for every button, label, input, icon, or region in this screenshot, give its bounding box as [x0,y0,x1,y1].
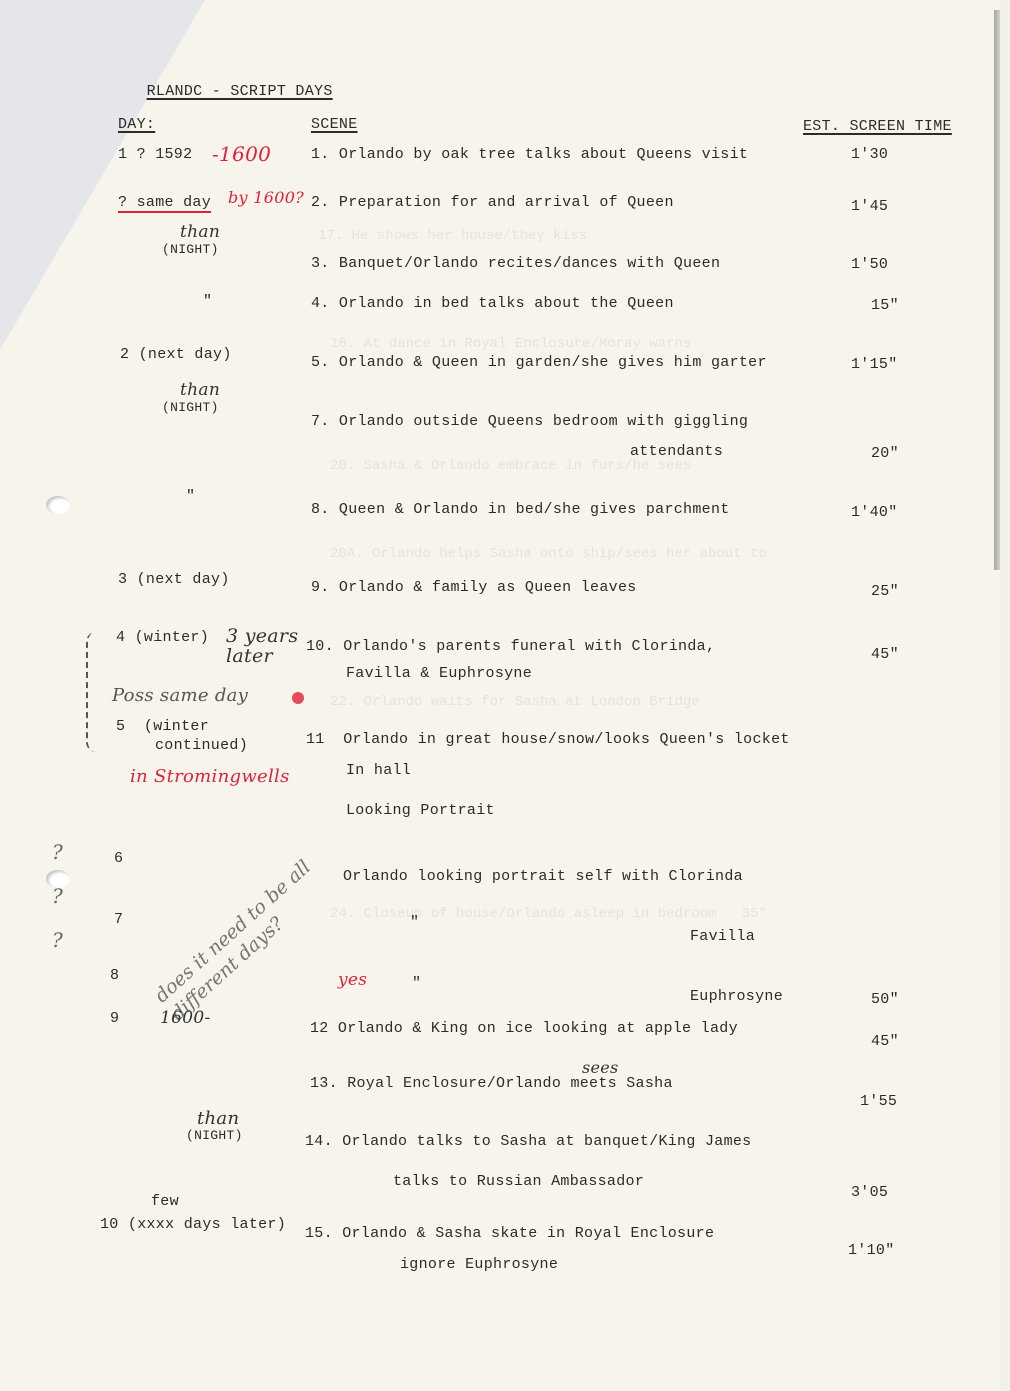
red-scribble-mark [292,692,304,704]
handwritten-note: -1600 [212,142,271,166]
time-cell: 20" [871,445,899,462]
time-cell: 1'30 [851,146,888,163]
day-cell: (NIGHT) [186,1128,243,1143]
day-text: ? same day [118,194,211,213]
scene-cell: 10. Orlando's parents funeral with Clori… [306,638,715,655]
scene-cell: 11 Orlando in great house/snow/looks Que… [306,731,790,748]
bleed-through-text: 17. He shows her house/they kiss [318,228,587,244]
scene-continuation: ignore Euphrosyne [400,1256,558,1273]
bleed-through-text: 20A. Orlando helps Sasha onto ship/sees … [330,546,767,562]
scene-cell: 13. Royal Enclosure/Orlando meets Sasha [310,1075,673,1092]
scene-cell: 7. Orlando outside Queens bedroom with g… [311,413,748,430]
bleed-through-text: 22. Orlando waits for Sasha at London Br… [330,694,700,710]
handwritten-note: 1600- [160,1008,211,1028]
bleed-through-text: 18. At dance in Royal Enclosure/Moray wa… [330,336,691,352]
document-title: RLANDC - SCRIPT DAYS [128,66,333,100]
time-cell: 1'45 [851,198,888,215]
page-edge-background [1000,0,1010,1391]
handwritten-note: yes [338,970,367,990]
scene-cell: Orlando looking portrait self with Clori… [343,868,743,885]
document-title-text: RLANDC - SCRIPT DAYS [147,83,333,100]
day-cell: 7 [114,911,123,928]
day-cell: 1 ? 1592 [118,146,192,163]
day-cell: (NIGHT) [162,242,219,257]
scene-continuation: In hall [346,762,411,779]
scene-cell: 1. Orlando by oak tree talks about Queen… [311,146,748,163]
scene-cell: " [410,914,419,931]
scene-cell: 14. Orlando talks to Sasha at banquet/Ki… [305,1133,751,1150]
scene-cell: 4. Orlando in bed talks about the Queen [311,295,674,312]
day-cell: 6 [114,850,123,867]
scene-cell: 9. Orlando & family as Queen leaves [311,579,637,596]
day-cell: 5 (winter [116,718,209,735]
day-continuation: continued) [155,737,248,754]
time-cell: 25" [871,583,899,600]
header-day: DAY: [118,116,155,133]
day-cell: 8 [110,967,119,984]
time-cell: 1'15" [851,356,898,373]
time-cell: 1'50 [851,256,888,273]
scene-cell: 15. Orlando & Sasha skate in Royal Enclo… [305,1225,714,1242]
scene-cell: 12 Orlando & King on ice looking at appl… [310,1020,738,1037]
handwritten-note: 3 years later [226,626,306,666]
header-screen-time: EST. SCREEN TIME [803,118,952,135]
day-cell: 3 (next day) [118,571,230,588]
time-cell: 1'40" [851,504,898,521]
day-cell: 9 [110,1010,119,1027]
bleed-through-text: 20. Sasha & Orlando embrace in furs/he s… [330,458,691,474]
day-cell: 10 (xxxx days later) [100,1216,286,1233]
handwritten-note: in Stromingwells [130,766,290,787]
day-cell: " [186,488,195,505]
day-cell: " [203,293,212,310]
scene-cell: " [412,975,421,992]
handwritten-note: Poss same day [112,685,248,706]
bleed-through-text: 24. Closeup of house/Orlando asleep in b… [330,906,767,922]
handwritten-note: few [151,1193,179,1210]
time-cell: 45" [871,646,899,663]
scene-continuation: Looking Portrait [346,802,495,819]
scene-continuation: Favilla [690,928,755,945]
day-cell: ? same day [118,194,211,211]
handwritten-note: by 1600? [228,188,304,207]
scene-cell: 5. Orlando & Queen in garden/she gives h… [311,354,767,371]
scene-continuation: attendants [630,443,723,460]
header-scene: SCENE [311,116,358,133]
time-cell: 1'10" [848,1242,895,1259]
scene-cell: 3. Banquet/Orlando recites/dances with Q… [311,255,720,272]
time-cell: 1'55 [860,1093,897,1110]
page-edge-shadow [994,10,1000,570]
handwritten-brace [86,632,102,752]
day-cell: (NIGHT) [162,400,219,415]
scene-continuation: Favilla & Euphrosyne [346,665,532,682]
scene-continuation: talks to Russian Ambassador [393,1173,644,1190]
scene-cell: 2. Preparation for and arrival of Queen [311,194,674,211]
scene-continuation: Euphrosyne [690,988,783,1005]
handwritten-note: than [180,380,220,400]
margin-question-marks: ? ? ? [52,830,72,962]
binder-hole [46,496,70,514]
time-cell: 45" [871,1033,899,1050]
time-cell: 50" [871,991,899,1008]
day-cell: 2 (next day) [120,346,232,363]
handwritten-note: than [197,1108,239,1129]
day-cell: 4 (winter) [116,629,209,646]
time-cell: 15" [871,297,899,314]
handwritten-correction: sees [582,1058,619,1077]
time-cell: 3'05 [851,1184,888,1201]
scene-cell: 8. Queen & Orlando in bed/she gives parc… [311,501,730,518]
handwritten-note: than [180,222,220,242]
